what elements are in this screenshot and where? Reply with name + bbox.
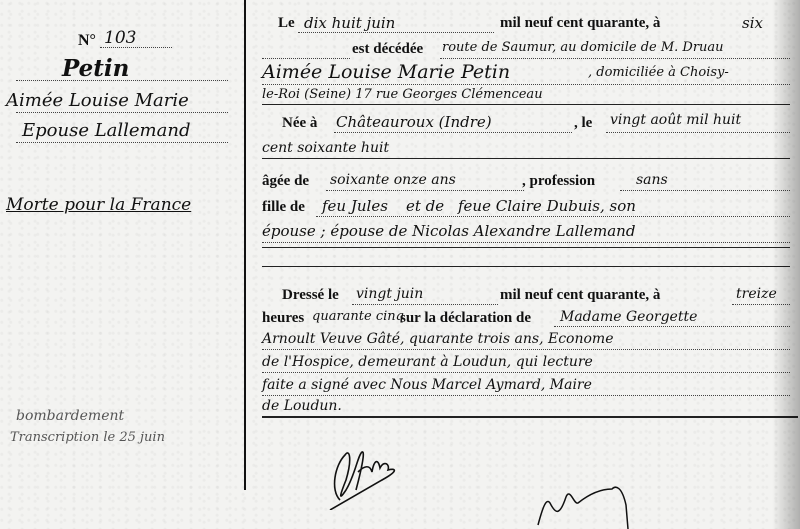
scan-edge-shadow bbox=[772, 0, 800, 529]
entry-number-dotline bbox=[100, 47, 172, 48]
dotline bbox=[262, 58, 350, 59]
printed-declaration: sur la déclaration de bbox=[400, 310, 531, 327]
death-hour: six bbox=[742, 14, 763, 32]
dotline bbox=[262, 242, 790, 243]
drawn-date: vingt juin bbox=[356, 286, 423, 302]
dotline bbox=[620, 190, 790, 191]
dotline bbox=[316, 216, 790, 217]
deceased-residence: , domiciliée à Choisy- bbox=[588, 65, 729, 80]
rule bbox=[262, 247, 790, 248]
column-divider bbox=[244, 0, 246, 490]
dotline bbox=[262, 395, 790, 396]
dotline bbox=[554, 326, 790, 327]
age-value: soixante onze ans bbox=[330, 172, 456, 188]
birth-place: Châteauroux (Indre) bbox=[336, 113, 492, 131]
printed-profession: , profession bbox=[522, 173, 595, 190]
birth-date-1: vingt août mil huit bbox=[610, 112, 741, 128]
margin-spouse: Epouse Lallemand bbox=[22, 120, 190, 141]
declarant-line-4: de l'Hospice, demeurant à Loudun, qui le… bbox=[262, 354, 593, 370]
printed-dresse-le: Dressé le bbox=[282, 287, 339, 304]
deceased-address: le-Roi (Seine) 17 rue Georges Clémenceau bbox=[262, 87, 543, 102]
printed-agee-de: âgée de bbox=[262, 173, 309, 190]
drawn-hour: treize bbox=[736, 286, 777, 302]
printed-year: mil neuf cent quarante, à bbox=[500, 15, 660, 32]
entry-number-label: N° bbox=[78, 32, 96, 50]
printed-le: Le bbox=[278, 15, 295, 32]
spouse-line: épouse ; épouse de Nicolas Alexandre Lal… bbox=[262, 222, 635, 240]
declarant-name: Madame Georgette bbox=[560, 309, 697, 325]
rule bbox=[262, 104, 790, 105]
declarant-signature bbox=[310, 440, 430, 510]
dotline bbox=[326, 190, 524, 191]
declarant-line-5: faite a signé avec Nous Marcel Aymard, M… bbox=[262, 377, 592, 393]
rule bbox=[262, 266, 790, 267]
dotline bbox=[262, 84, 790, 85]
entry-number: 103 bbox=[104, 28, 136, 48]
rule bbox=[262, 416, 798, 418]
margin-given-names: Aimée Louise Marie bbox=[6, 90, 189, 111]
dotline bbox=[440, 58, 790, 59]
rule bbox=[262, 158, 790, 159]
father-name: feu Jules bbox=[322, 197, 388, 215]
printed-heures-drawn: heures bbox=[262, 310, 304, 327]
printed-est-decedee: est décédée bbox=[352, 41, 423, 58]
printed-year-drawn: mil neuf cent quarante, à bbox=[500, 287, 660, 304]
mother-name: feue Claire Dubuis, son bbox=[458, 197, 636, 215]
drawn-minutes: quarante cinq bbox=[312, 309, 404, 324]
margin-surname: Petin bbox=[62, 55, 129, 82]
margin-dotline-1 bbox=[16, 80, 228, 81]
printed-fille-de: fille de bbox=[262, 199, 305, 216]
printed-nee-a: Née à bbox=[282, 115, 317, 132]
printed-le-birth: , le bbox=[574, 115, 592, 132]
dotline bbox=[352, 304, 498, 305]
death-date: dix huit juin bbox=[304, 14, 395, 32]
margin-dotline-3 bbox=[16, 142, 228, 143]
margin-dotline-2 bbox=[16, 112, 228, 113]
declarant-line-3: Arnoult Veuve Gâté, quarante trois ans, … bbox=[262, 331, 613, 347]
mayor-signature bbox=[530, 475, 670, 529]
margin-mention-morte-pour-la-france: Morte pour la France bbox=[6, 195, 191, 215]
deceased-name: Aimée Louise Marie Petin bbox=[262, 61, 510, 83]
dotline bbox=[262, 372, 790, 373]
profession-value: sans bbox=[636, 172, 668, 188]
margin-note-1: bombardement bbox=[16, 408, 124, 424]
birth-date-2: cent soixante huit bbox=[262, 140, 389, 156]
dotline bbox=[298, 32, 494, 33]
dotline bbox=[262, 349, 790, 350]
dotline bbox=[334, 132, 572, 133]
declarant-line-6: de Loudun. bbox=[262, 398, 342, 414]
printed-et-de: et de bbox=[406, 197, 444, 215]
death-place: route de Saumur, au domicile de M. Druau bbox=[442, 40, 724, 55]
margin-note-2: Transcription le 25 juin bbox=[10, 430, 165, 445]
dotline bbox=[606, 132, 790, 133]
